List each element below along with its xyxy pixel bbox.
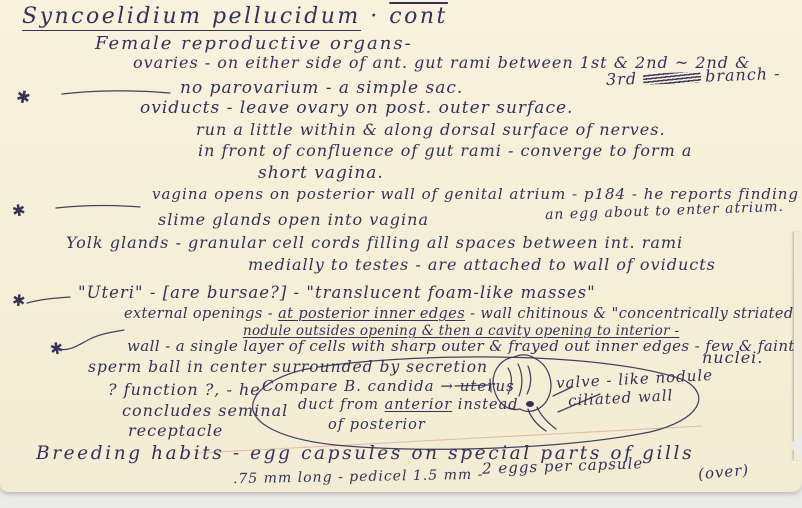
line-uteri: "Uteri" - [are bursae?] - "translucent f… (78, 284, 596, 302)
dash-line (62, 91, 170, 94)
line-yolk: Yolk glands - granular cell cords fillin… (66, 234, 683, 252)
line-slime: slime glands open into vagina (158, 211, 429, 229)
title-cont-label: cont (389, 4, 448, 29)
nodule-sketch-hatch (518, 364, 522, 396)
compare2-post: instead (452, 397, 518, 413)
line-compare1: Compare B. candida → uterus (262, 378, 515, 395)
line-function3: receptacle (128, 422, 223, 440)
line-nuclei: nuclei. (702, 349, 763, 367)
compare2-pre: duct from (298, 397, 385, 413)
line-breeding2: .75 mm long - pedicel 1.5 mm - (233, 468, 484, 488)
line-sperm: sperm ball in center surrounded by secre… (88, 359, 488, 376)
line-openings: external openings - at posterior inner e… (124, 307, 801, 323)
third-post: branch - (705, 64, 781, 86)
asterisk-mark: ✱ (48, 338, 65, 359)
line-parovarium: no parovarium - a simple sac. (180, 79, 463, 98)
title-separator: · (370, 4, 380, 29)
line-oviducts3: in front of confluence of gut rami - con… (198, 142, 692, 160)
line-eggs-per: 2 eggs per capsule (482, 455, 644, 477)
openings-pre: external openings - (124, 306, 278, 322)
third-pre: 3rd (606, 69, 638, 89)
asterisk-mark: ✱ (14, 87, 32, 110)
squiggle-connector (58, 330, 124, 350)
line-vagina: vagina opens on posterior wall of genita… (152, 186, 799, 203)
openings-underlined: at posterior inner edges (278, 306, 465, 322)
compare2-underlined: anterior (385, 397, 453, 413)
line-compare3: of posterior (328, 418, 426, 434)
line-function2: concludes seminal (122, 402, 288, 420)
line-function1: ? function ?, - he (108, 381, 261, 399)
species-title: Syncoelidium pellucidum (22, 4, 361, 31)
nodule-sketch-base (526, 401, 534, 407)
line-over: (over) (697, 462, 750, 483)
note-card: Syncoelidium pellucidum · cont Female re… (0, 0, 802, 492)
nodule-sketch-hatch (527, 366, 531, 394)
scribbled-out-word (643, 72, 701, 85)
asterisk-mark: ✱ (11, 290, 26, 310)
nodule-sketch-stem (537, 407, 556, 429)
line-valve2: ciliated wall (568, 387, 674, 409)
line-compare2: duct from anterior instead (298, 398, 519, 414)
line-wall: wall - a single layer of cells with shar… (127, 338, 795, 355)
line-oviducts4: short vagina. (258, 164, 384, 183)
line-yolk2: medially to testes - are attached to wal… (248, 256, 716, 274)
asterisk-mark: ✱ (11, 200, 27, 221)
dash-line (27, 297, 70, 303)
nodule-sketch-stem (528, 409, 546, 431)
underlying-card-edge (794, 232, 802, 460)
line-oviducts2: run a little within & along dorsal surfa… (196, 121, 666, 139)
dash-line (56, 206, 140, 208)
line-female-header: Female reproductive organs- (95, 34, 413, 54)
line-egg: an egg about to enter atrium. (545, 200, 784, 224)
openings-post: - wall chitinous & "concentrically stria… (465, 306, 801, 322)
page-title: Syncoelidium pellucidum · cont (22, 5, 448, 29)
line-oviducts: oviducts - leave ovary on post. outer su… (140, 99, 573, 118)
line-third-branch: 3rdbranch - (606, 65, 781, 89)
